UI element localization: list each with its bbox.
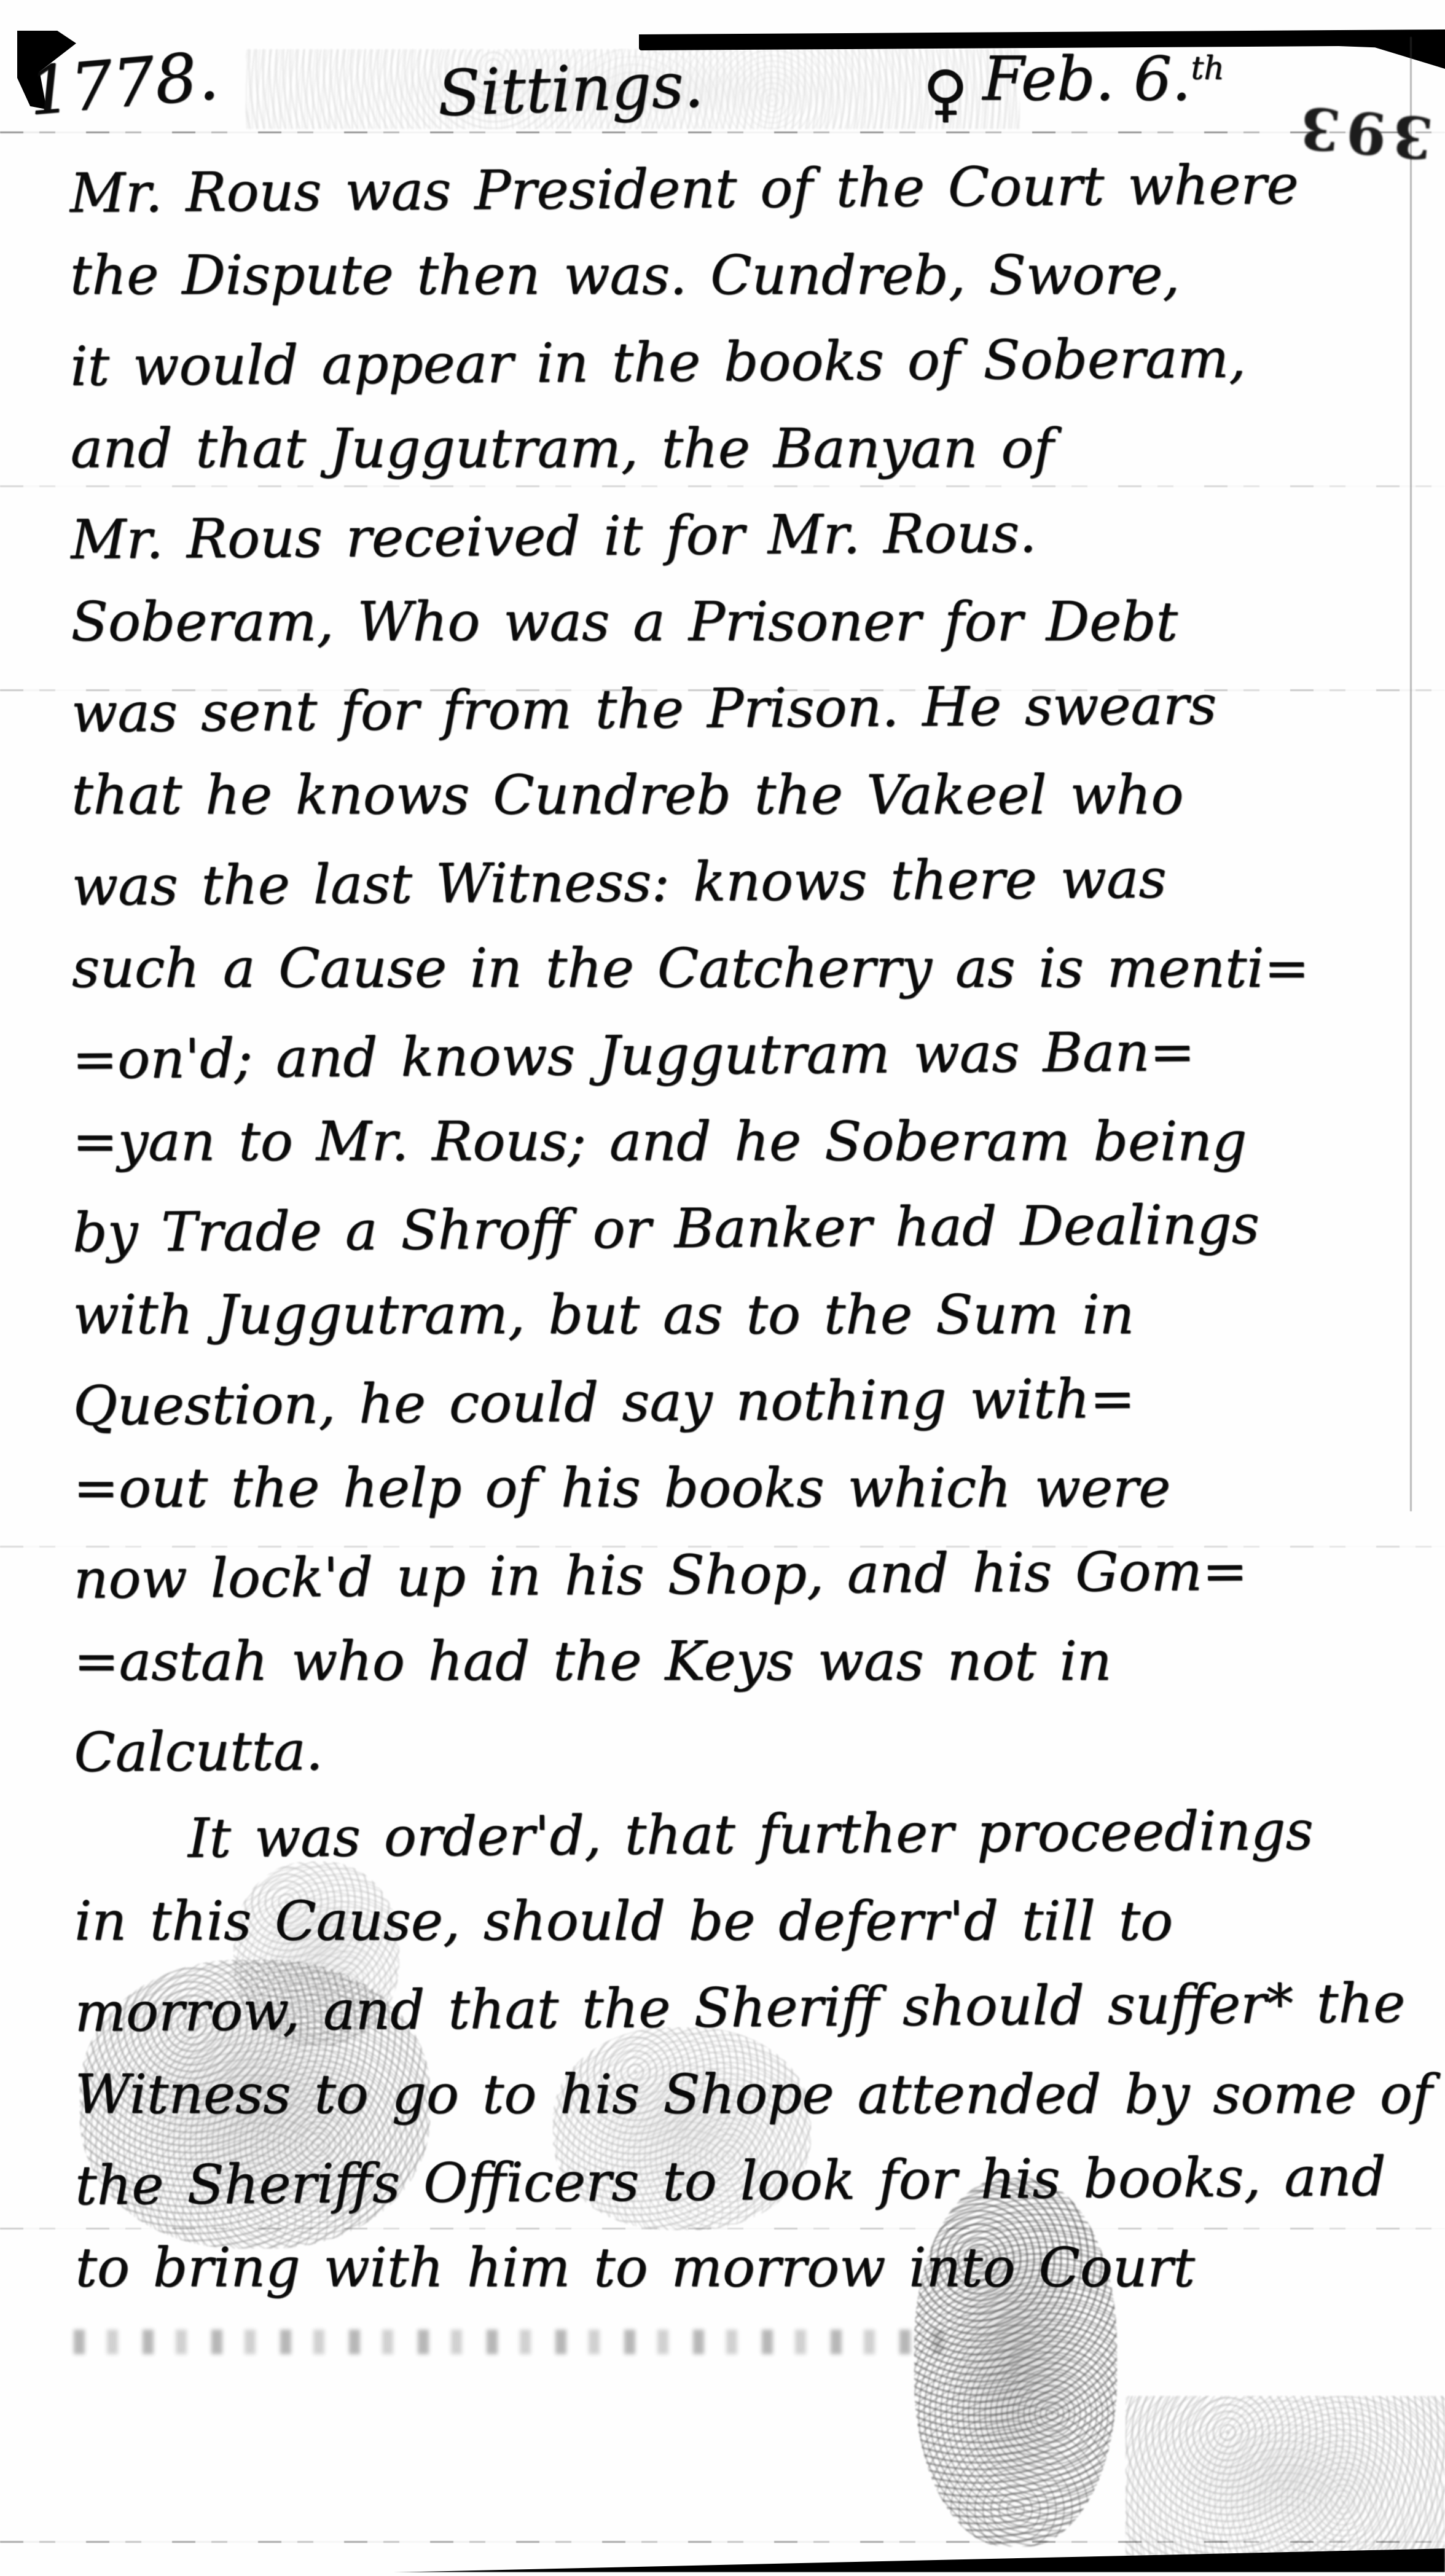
testimony-paragraph: Mr. Rous was President of the Court wher…: [69, 143, 1413, 1793]
venus-day-symbol: ♀: [923, 63, 968, 124]
manuscript-line: with Juggutram, but as to the Sum in: [72, 1271, 1412, 1358]
manuscript-line: Mr. Rous was President of the Court wher…: [69, 140, 1409, 236]
manuscript-line: =out the help of his books which were: [73, 1444, 1412, 1531]
header-date-text: Feb. 6.th: [982, 44, 1224, 114]
manuscript-line: It was order'd, that further proceedings: [74, 1786, 1414, 1882]
ink-smudge-column: [914, 2178, 1117, 2547]
manuscript-line: Soberam, Who was a Prisoner for Debt: [71, 578, 1410, 665]
ink-stain: [80, 1960, 430, 2249]
ruled-scan-line: [0, 131, 1445, 133]
manuscript-line: was sent for from the Prison. He swears: [71, 660, 1411, 756]
date-ordinal-suffix: th: [1191, 50, 1224, 87]
faded-ghost-text: [74, 2330, 952, 2354]
manuscript-line: it would appear in the books of Soberam,: [70, 313, 1410, 409]
manuscript-line: the Dispute then was. Cundreb, Swore,: [70, 232, 1409, 318]
manuscript-line: such a Cause in the Catcherry as is ment…: [72, 925, 1411, 1011]
manuscript-line: was the last Witness: knows there was: [71, 833, 1411, 929]
manuscript-line: =yan to Mr. Rous; and he Soberam being: [72, 1098, 1412, 1184]
manuscript-line: and that Juggutram, the Banyan of: [71, 405, 1410, 491]
ink-noise: [1126, 2396, 1445, 2562]
ink-stain: [553, 2027, 811, 2230]
manuscript-line: now lock'd up in his Shop, and his Gom=: [73, 1526, 1413, 1622]
header-title: Sittings.: [436, 48, 705, 130]
manuscript-line: Mr. Rous received it for Mr. Rous.: [71, 487, 1411, 582]
header-date: ♀ Feb. 6.th: [923, 44, 1224, 114]
manuscript-page: 1778. Sittings. ♀ Feb. 6.th 393 Mr. Rous…: [0, 0, 1445, 2576]
manuscript-line: by Trade a Shroff or Banker had Dealings: [72, 1180, 1412, 1275]
manuscript-line: that he knows Cundreb the Vakeel who: [71, 751, 1411, 838]
manuscript-line: =astah who had the Keys was not in: [74, 1618, 1413, 1704]
date-value: Feb. 6.: [982, 44, 1191, 114]
scan-edge-wedge: [1261, 33, 1445, 69]
manuscript-line: Calcutta.: [74, 1699, 1414, 1795]
manuscript-line: =on'd; and knows Juggutram was Ban=: [72, 1006, 1412, 1102]
header-year: 1778.: [25, 37, 221, 130]
manuscript-line: Question, he could say nothing with=: [72, 1353, 1412, 1449]
